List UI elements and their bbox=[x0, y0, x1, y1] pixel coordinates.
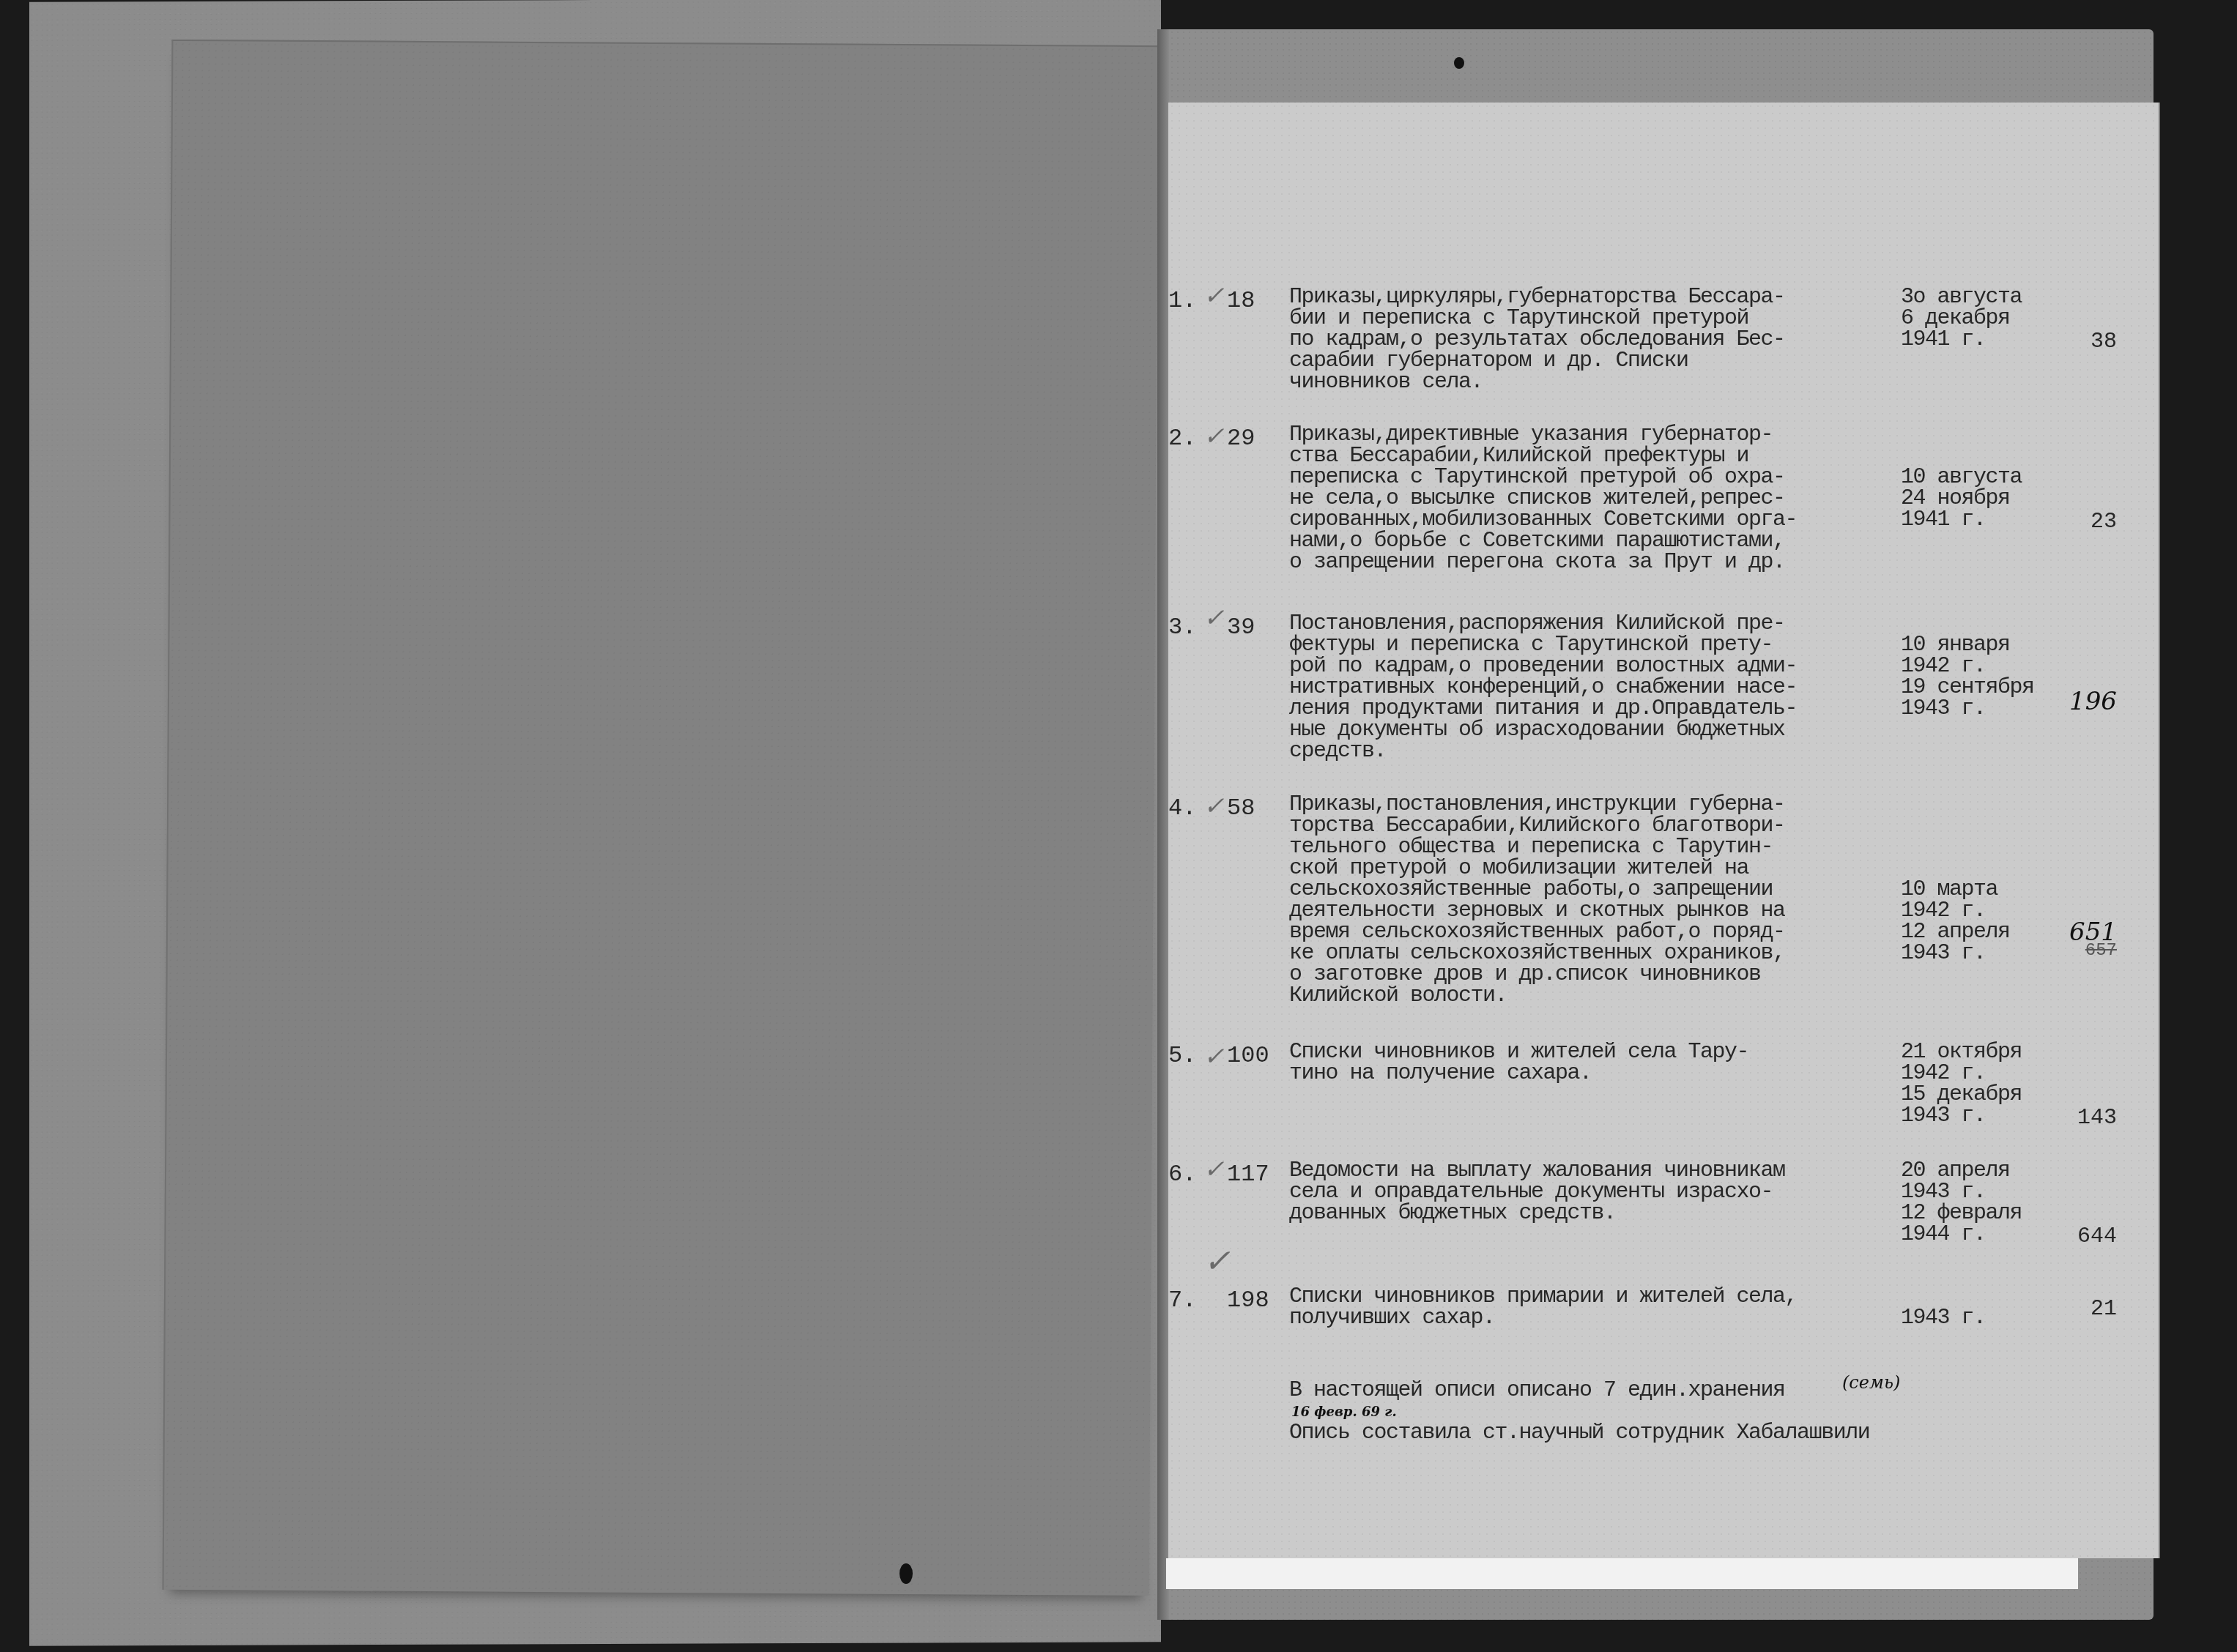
entry-code: 117 bbox=[1227, 1161, 1269, 1188]
entry-sheet-count: 143 bbox=[2066, 1106, 2117, 1131]
entry-description: Ведомости на выплату жалования чиновника… bbox=[1289, 1161, 1861, 1224]
entry-sheet-count: 38 bbox=[2066, 330, 2117, 354]
check-mark-icon: ✓ bbox=[1203, 281, 1225, 310]
binding-hole-top bbox=[1454, 57, 1464, 69]
check-mark-icon: ✓ bbox=[1203, 1155, 1225, 1184]
entry-code: 100 bbox=[1227, 1042, 1269, 1069]
compiler-signature: Опись составила ст.научный сотрудник Хаб… bbox=[1289, 1421, 1869, 1445]
entry-number: 1. bbox=[1168, 287, 1196, 314]
entry-description: Списки чиновников и жителей села Тару- т… bbox=[1289, 1042, 1861, 1084]
entry-description: Приказы,циркуляры,губернаторства Бессара… bbox=[1289, 287, 1861, 393]
entry-description: Списки чиновников примарии и жителей сел… bbox=[1289, 1287, 1861, 1329]
entry-sheet-count: 196 bbox=[2066, 687, 2117, 716]
check-mark-icon: ✓ bbox=[1203, 792, 1225, 821]
entry-number: 5. bbox=[1168, 1042, 1196, 1069]
entry-code: 39 bbox=[1227, 614, 1255, 641]
entry-number: 2. bbox=[1168, 425, 1196, 452]
entry-dates: 21 октября 1942 г. 15 декабря 1943 г. bbox=[1901, 1042, 2062, 1127]
summary-handwritten-count: (семь) bbox=[1842, 1372, 1900, 1393]
entry-number: 6. bbox=[1168, 1161, 1196, 1188]
entry-description: Приказы,директивные указания губернатор-… bbox=[1289, 425, 1861, 573]
entry-sheet-count: 644 bbox=[2066, 1224, 2117, 1249]
entry-number: 3. bbox=[1168, 614, 1196, 641]
entry-code: 198 bbox=[1227, 1287, 1269, 1314]
inventory-page: 1. 1. ✓ 18 Приказы,циркуляры,губернаторс… bbox=[1168, 103, 2159, 1558]
spine-shadow bbox=[1157, 29, 1169, 1620]
entry-dates: 20 апреля 1943 г. 12 февраля 1944 г. bbox=[1901, 1161, 2062, 1246]
entry-code: 29 bbox=[1227, 425, 1255, 452]
entry-number: 7. bbox=[1168, 1287, 1196, 1314]
entry-dates: 10 марта 1942 г. 12 апреля 1943 г. bbox=[1901, 795, 2062, 964]
check-mark-icon: ✓ bbox=[1203, 422, 1225, 451]
check-mark-icon: ✓ bbox=[1203, 1243, 1231, 1280]
left-blank-sheet bbox=[163, 40, 1159, 1596]
entry-description: Приказы,постановления,инструкции губерна… bbox=[1289, 795, 1861, 1007]
entry-sheet-count: 21 bbox=[2066, 1297, 2117, 1322]
entry-code: 18 bbox=[1227, 287, 1255, 314]
handwritten-date: 16 февр. 69 г. bbox=[1291, 1404, 1397, 1420]
entry-sheet-count-struck: 657 bbox=[2066, 941, 2117, 961]
inventory-summary: В настоящей описи описано 7 един.хранени… bbox=[1289, 1378, 1785, 1403]
entry-dates: 10 августа 24 ноября 1941 г. bbox=[1901, 425, 2062, 531]
entry-code: 58 bbox=[1227, 795, 1255, 822]
underlying-white-sheet bbox=[1166, 1558, 2078, 1589]
entry-number: 4. bbox=[1168, 795, 1196, 822]
entry-dates: 3о августа 6 декабря 1941 г. bbox=[1901, 287, 2062, 351]
entry-dates: 10 января 1942 г. 19 сентября 1943 г. bbox=[1901, 614, 2062, 720]
entry-sheet-count: 23 bbox=[2066, 510, 2117, 535]
binding-hole bbox=[899, 1563, 913, 1584]
entry-description: Постановления,распоряжения Килийской пре… bbox=[1289, 614, 1861, 762]
check-mark-icon: ✓ bbox=[1203, 603, 1225, 633]
entry-dates: 1943 г. bbox=[1901, 1287, 2062, 1329]
check-mark-icon: ✓ bbox=[1203, 1042, 1225, 1071]
